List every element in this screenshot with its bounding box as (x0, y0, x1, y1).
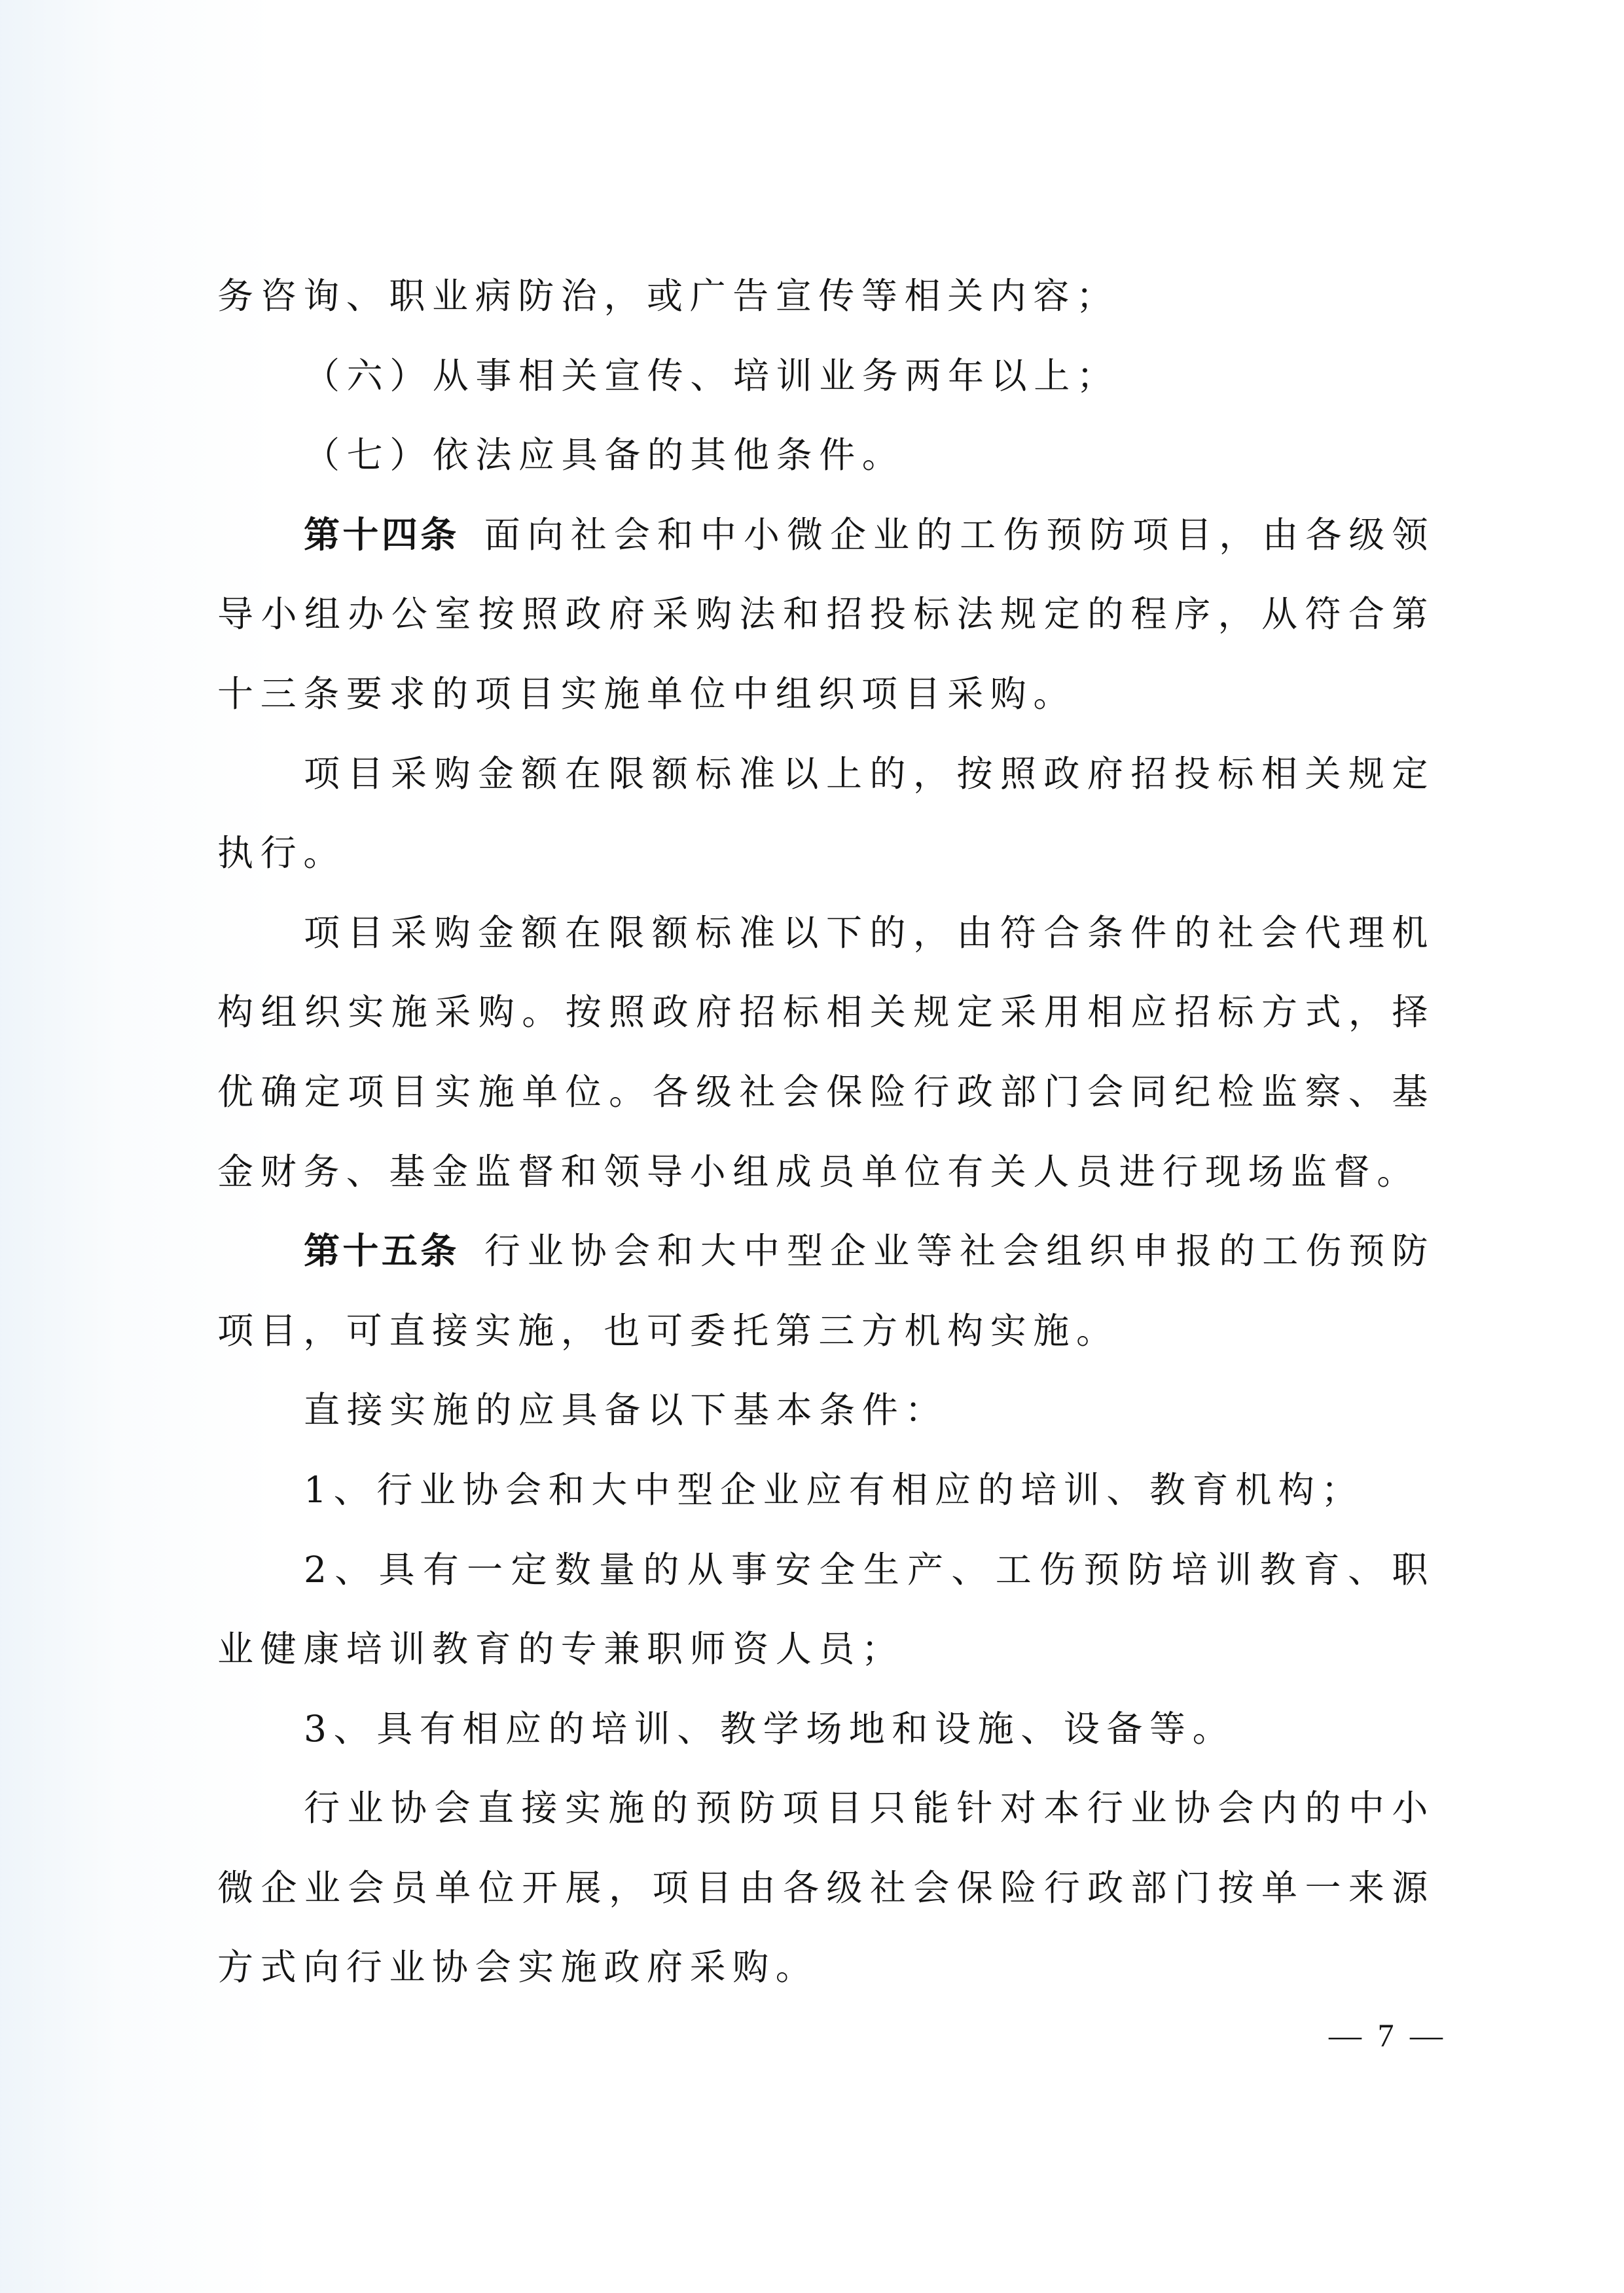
article-number: 第十四条 (304, 514, 460, 556)
paragraph-basic-conditions: 直接实施的应具备以下基本条件： (217, 1371, 1435, 1451)
page-number: — 7 — (1329, 2016, 1447, 2054)
paragraph-text: 1、行业协会和大中型企业应有相应的培训、教育机构； (304, 1469, 1364, 1511)
paragraph-text: 项目采购金额在限额标准以下的，由符合条件的社会代理机构组织实施采购。按照政府招标… (217, 912, 1435, 1193)
paragraph-continuation: 务咨询、职业病防治，或广告宣传等相关内容； (217, 257, 1435, 336)
condition-item-2: 2、具有一定数量的从事安全生产、工伤预防培训教育、职业健康培训教育的专兼职师资人… (217, 1530, 1435, 1689)
paragraph-text: 3、具有相应的培训、教学场地和设施、设备等。 (304, 1708, 1235, 1750)
paragraph-above-limit: 项目采购金额在限额标准以上的，按照政府招投标相关规定执行。 (217, 734, 1435, 894)
paragraph-below-limit: 项目采购金额在限额标准以下的，由符合条件的社会代理机构组织实施采购。按照政府招标… (217, 894, 1435, 1212)
article-15: 第十五条行业协会和大中型企业等社会组织申报的工伤预防项目，可直接实施，也可委托第… (217, 1212, 1435, 1371)
paragraph-text: 直接实施的应具备以下基本条件： (304, 1389, 948, 1431)
paragraph-association-projects: 行业协会直接实施的预防项目只能针对本行业协会内的中小微企业会员单位开展，项目由各… (217, 1769, 1435, 2008)
paragraph-text: 项目采购金额在限额标准以上的，按照政府招投标相关规定执行。 (217, 753, 1435, 875)
paragraph-item-seven: （七）依法应具备的其他条件。 (217, 416, 1435, 496)
article-14: 第十四条面向社会和中小微企业的工伤预防项目，由各级领导小组办公室按照政府采购法和… (217, 496, 1435, 734)
condition-item-3: 3、具有相应的培训、教学场地和设施、设备等。 (217, 1689, 1435, 1769)
document-body: 务咨询、职业病防治，或广告宣传等相关内容； （六）从事相关宣传、培训业务两年以上… (217, 257, 1435, 2008)
paragraph-text: （六）从事相关宣传、培训业务两年以上； (304, 355, 1119, 397)
article-number: 第十五条 (304, 1230, 460, 1272)
condition-item-1: 1、行业协会和大中型企业应有相应的培训、教育机构； (217, 1451, 1435, 1530)
paragraph-text: 行业协会直接实施的预防项目只能针对本行业协会内的中小微企业会员单位开展，项目由各… (217, 1787, 1435, 1988)
paragraph-text: （七）依法应具备的其他条件。 (304, 434, 905, 476)
paragraph-item-six: （六）从事相关宣传、培训业务两年以上； (217, 336, 1435, 416)
paragraph-text: 务咨询、职业病防治，或广告宣传等相关内容； (217, 275, 1119, 317)
paragraph-text: 2、具有一定数量的从事安全生产、工伤预防培训教育、职业健康培训教育的专兼职师资人… (217, 1549, 1435, 1670)
